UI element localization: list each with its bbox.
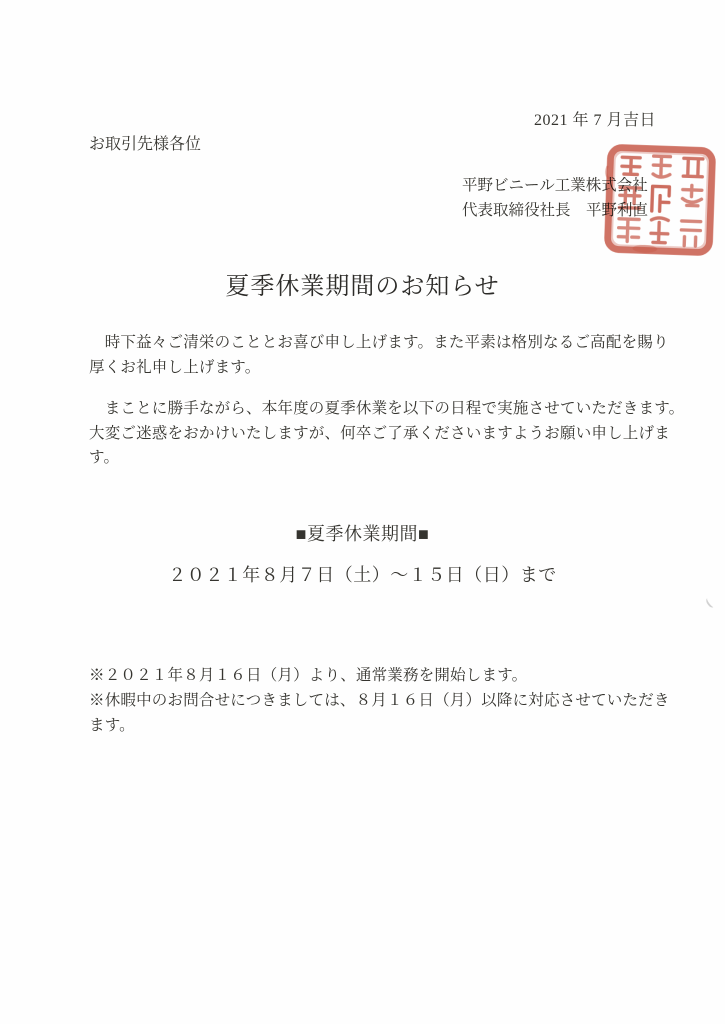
holiday-period-dates: ２０２１年８月７日（土）～１５日（日）まで — [0, 561, 725, 587]
note-business-resume: ※２０２１年８月１６日（月）より、通常業務を開始します。 — [89, 663, 670, 688]
company-seal-icon — [601, 142, 719, 258]
document-page: 2021 年 7 月吉日 お取引先様各位 平野ビニール工業株式会社 代表取締役社… — [0, 0, 725, 1024]
notes-block: ※２０２１年８月１６日（月）より、通常業務を開始します。 ※休暇中のお問合せにつ… — [89, 663, 670, 738]
date-line: 2021 年 7 月吉日 — [534, 107, 656, 130]
holiday-period-heading: ■夏季休業期間■ — [0, 520, 725, 546]
note-inquiries: ※休暇中のお問合せにつきましては、８月１６日（月）以降に対応させていただき ます… — [89, 688, 670, 738]
greeting-paragraph: 時下益々ご清栄のこととお喜び申し上げます。また平素は格別なるご高配を賜り 厚くお… — [89, 331, 669, 380]
announcement-paragraph: まことに勝手ながら、本年度の夏季休業を以下の日程で実施させていただきます。 大変… — [89, 397, 684, 471]
document-title: 夏季休業期間のお知らせ — [0, 266, 725, 301]
recipient-line: お取引先様各位 — [89, 131, 201, 154]
scan-artifact — [704, 596, 716, 609]
